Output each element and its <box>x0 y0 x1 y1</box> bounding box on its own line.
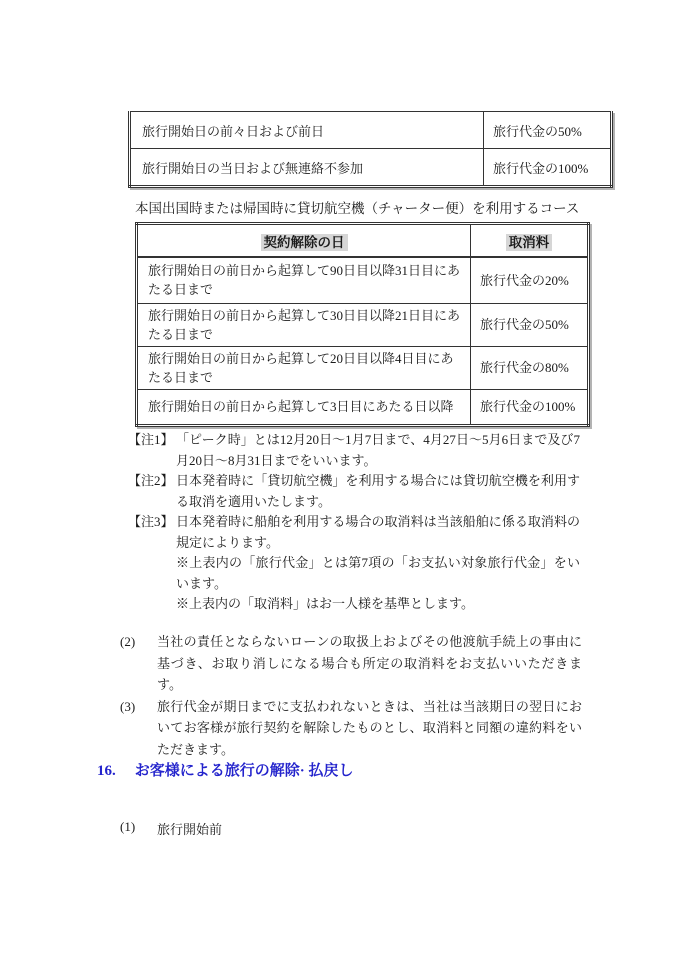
cancellation-period-cell: 旅行開始日の前日から起算して3日目にあたる日以降 <box>137 389 471 425</box>
subsection-1: (1) 旅行開始前 <box>120 819 222 838</box>
table-row: 旅行開始日の前日から起算して90日目以降31日目にあたる日まで 旅行代金の20% <box>137 257 589 303</box>
table-header-row: 契約解除の日 取消料 <box>137 224 589 258</box>
cancellation-fee-cell: 旅行代金の80% <box>471 346 589 389</box>
subsection-number: (1) <box>120 819 157 838</box>
paragraph-text: 当社の責任とならないローンの取扱上およびその他渡航手続上の事由に基づき、お取り消… <box>157 631 582 696</box>
cancellation-fee-cell: 旅行代金の20% <box>471 257 589 303</box>
paragraph-2: (2) 当社の責任とならないローンの取扱上およびその他渡航手続上の事由に基づき、… <box>120 631 582 696</box>
section-title: お客様による旅行の解除· 払戻し <box>135 763 354 779</box>
note-text: 「ピーク時」とは12月20日～1月7日まで、4月27日～5月6日まで及び7月20… <box>176 430 580 471</box>
subsection-text: 旅行開始前 <box>157 819 222 838</box>
section-heading: 16.お客様による旅行の解除· 払戻し <box>97 759 354 780</box>
charter-table-caption: 本国出国時または帰国時に貸切航空機（チャーター便）を利用するコース <box>135 197 579 217</box>
note-remark-1: ※上表内の「旅行代金」とは第7項の「お支払い対象旅行代金」をいいます。 <box>176 553 580 594</box>
note-remark-2: ※上表内の「取消料」はお一人様を基準とします。 <box>176 594 580 615</box>
cancellation-period-cell: 旅行開始日の前日から起算して30日目以降21日目にあたる日まで <box>137 303 471 346</box>
table-row: 旅行開始日の当日および無連絡不参加 旅行代金の100% <box>130 149 612 187</box>
header-cancellation-day: 契約解除の日 <box>137 224 471 258</box>
cancellation-period-cell: 旅行開始日の前日から起算して90日目以降31日目にあたる日まで <box>137 257 471 303</box>
note-label: 【注2】 <box>128 471 176 512</box>
cancellation-fee-cell: 旅行代金の50% <box>484 112 612 149</box>
note-text: 日本発着時に船舶を利用する場合の取消料は当該船舶に係る取消料の規定によります。 … <box>176 512 580 615</box>
cancellation-fee-table-continued: 旅行開始日の前々日および前日 旅行代金の50% 旅行開始日の当日および無連絡不参… <box>128 111 613 188</box>
paragraph-3: (3) 旅行代金が期日までに支払われないときは、当社は当該期日の翌日においてお客… <box>120 696 582 761</box>
cancellation-fee-cell: 旅行代金の50% <box>471 303 589 346</box>
note-2: 【注2】 日本発着時に「貸切航空機」を利用する場合には貸切航空機を利用する取消を… <box>128 471 580 512</box>
paragraph-number: (3) <box>120 696 157 761</box>
cancellation-fee-cell: 旅行代金の100% <box>484 149 612 187</box>
cancellation-period-cell: 旅行開始日の当日および無連絡不参加 <box>130 149 484 187</box>
note-text: 日本発着時に「貸切航空機」を利用する場合には貸切航空機を利用する取消を適用いたし… <box>176 471 580 512</box>
section-number: 16. <box>97 763 116 779</box>
table-row: 旅行開始日の前日から起算して3日目にあたる日以降 旅行代金の100% <box>137 389 589 425</box>
table-row: 旅行開始日の前日から起算して20日目以降4日目にあたる日まで 旅行代金の80% <box>137 346 589 389</box>
charter-cancellation-table: 契約解除の日 取消料 旅行開始日の前日から起算して90日目以降31日目にあたる日… <box>135 222 590 427</box>
cancellation-fee-cell: 旅行代金の100% <box>471 389 589 425</box>
header-cancellation-fee: 取消料 <box>471 224 589 258</box>
note-1: 【注1】 「ピーク時」とは12月20日～1月7日まで、4月27日～5月6日まで及… <box>128 430 580 471</box>
document-page: 旅行開始日の前々日および前日 旅行代金の50% 旅行開始日の当日および無連絡不参… <box>0 0 680 962</box>
notes-block: 【注1】 「ピーク時」とは12月20日～1月7日まで、4月27日～5月6日まで及… <box>128 430 580 615</box>
note-text-main: 日本発着時に船舶を利用する場合の取消料は当該船舶に係る取消料の規定によります。 <box>176 512 580 553</box>
cancellation-period-cell: 旅行開始日の前日から起算して20日目以降4日目にあたる日まで <box>137 346 471 389</box>
paragraph-block: (2) 当社の責任とならないローンの取扱上およびその他渡航手続上の事由に基づき、… <box>120 631 582 760</box>
table-row: 旅行開始日の前々日および前日 旅行代金の50% <box>130 112 612 149</box>
note-label: 【注1】 <box>128 430 176 471</box>
paragraph-text: 旅行代金が期日までに支払われないときは、当社は当該期日の翌日においてお客様が旅行… <box>157 696 582 761</box>
cancellation-period-cell: 旅行開始日の前々日および前日 <box>130 112 484 149</box>
table-row: 旅行開始日の前日から起算して30日目以降21日目にあたる日まで 旅行代金の50% <box>137 303 589 346</box>
note-3: 【注3】 日本発着時に船舶を利用する場合の取消料は当該船舶に係る取消料の規定によ… <box>128 512 580 615</box>
note-label: 【注3】 <box>128 512 176 615</box>
paragraph-number: (2) <box>120 631 157 696</box>
